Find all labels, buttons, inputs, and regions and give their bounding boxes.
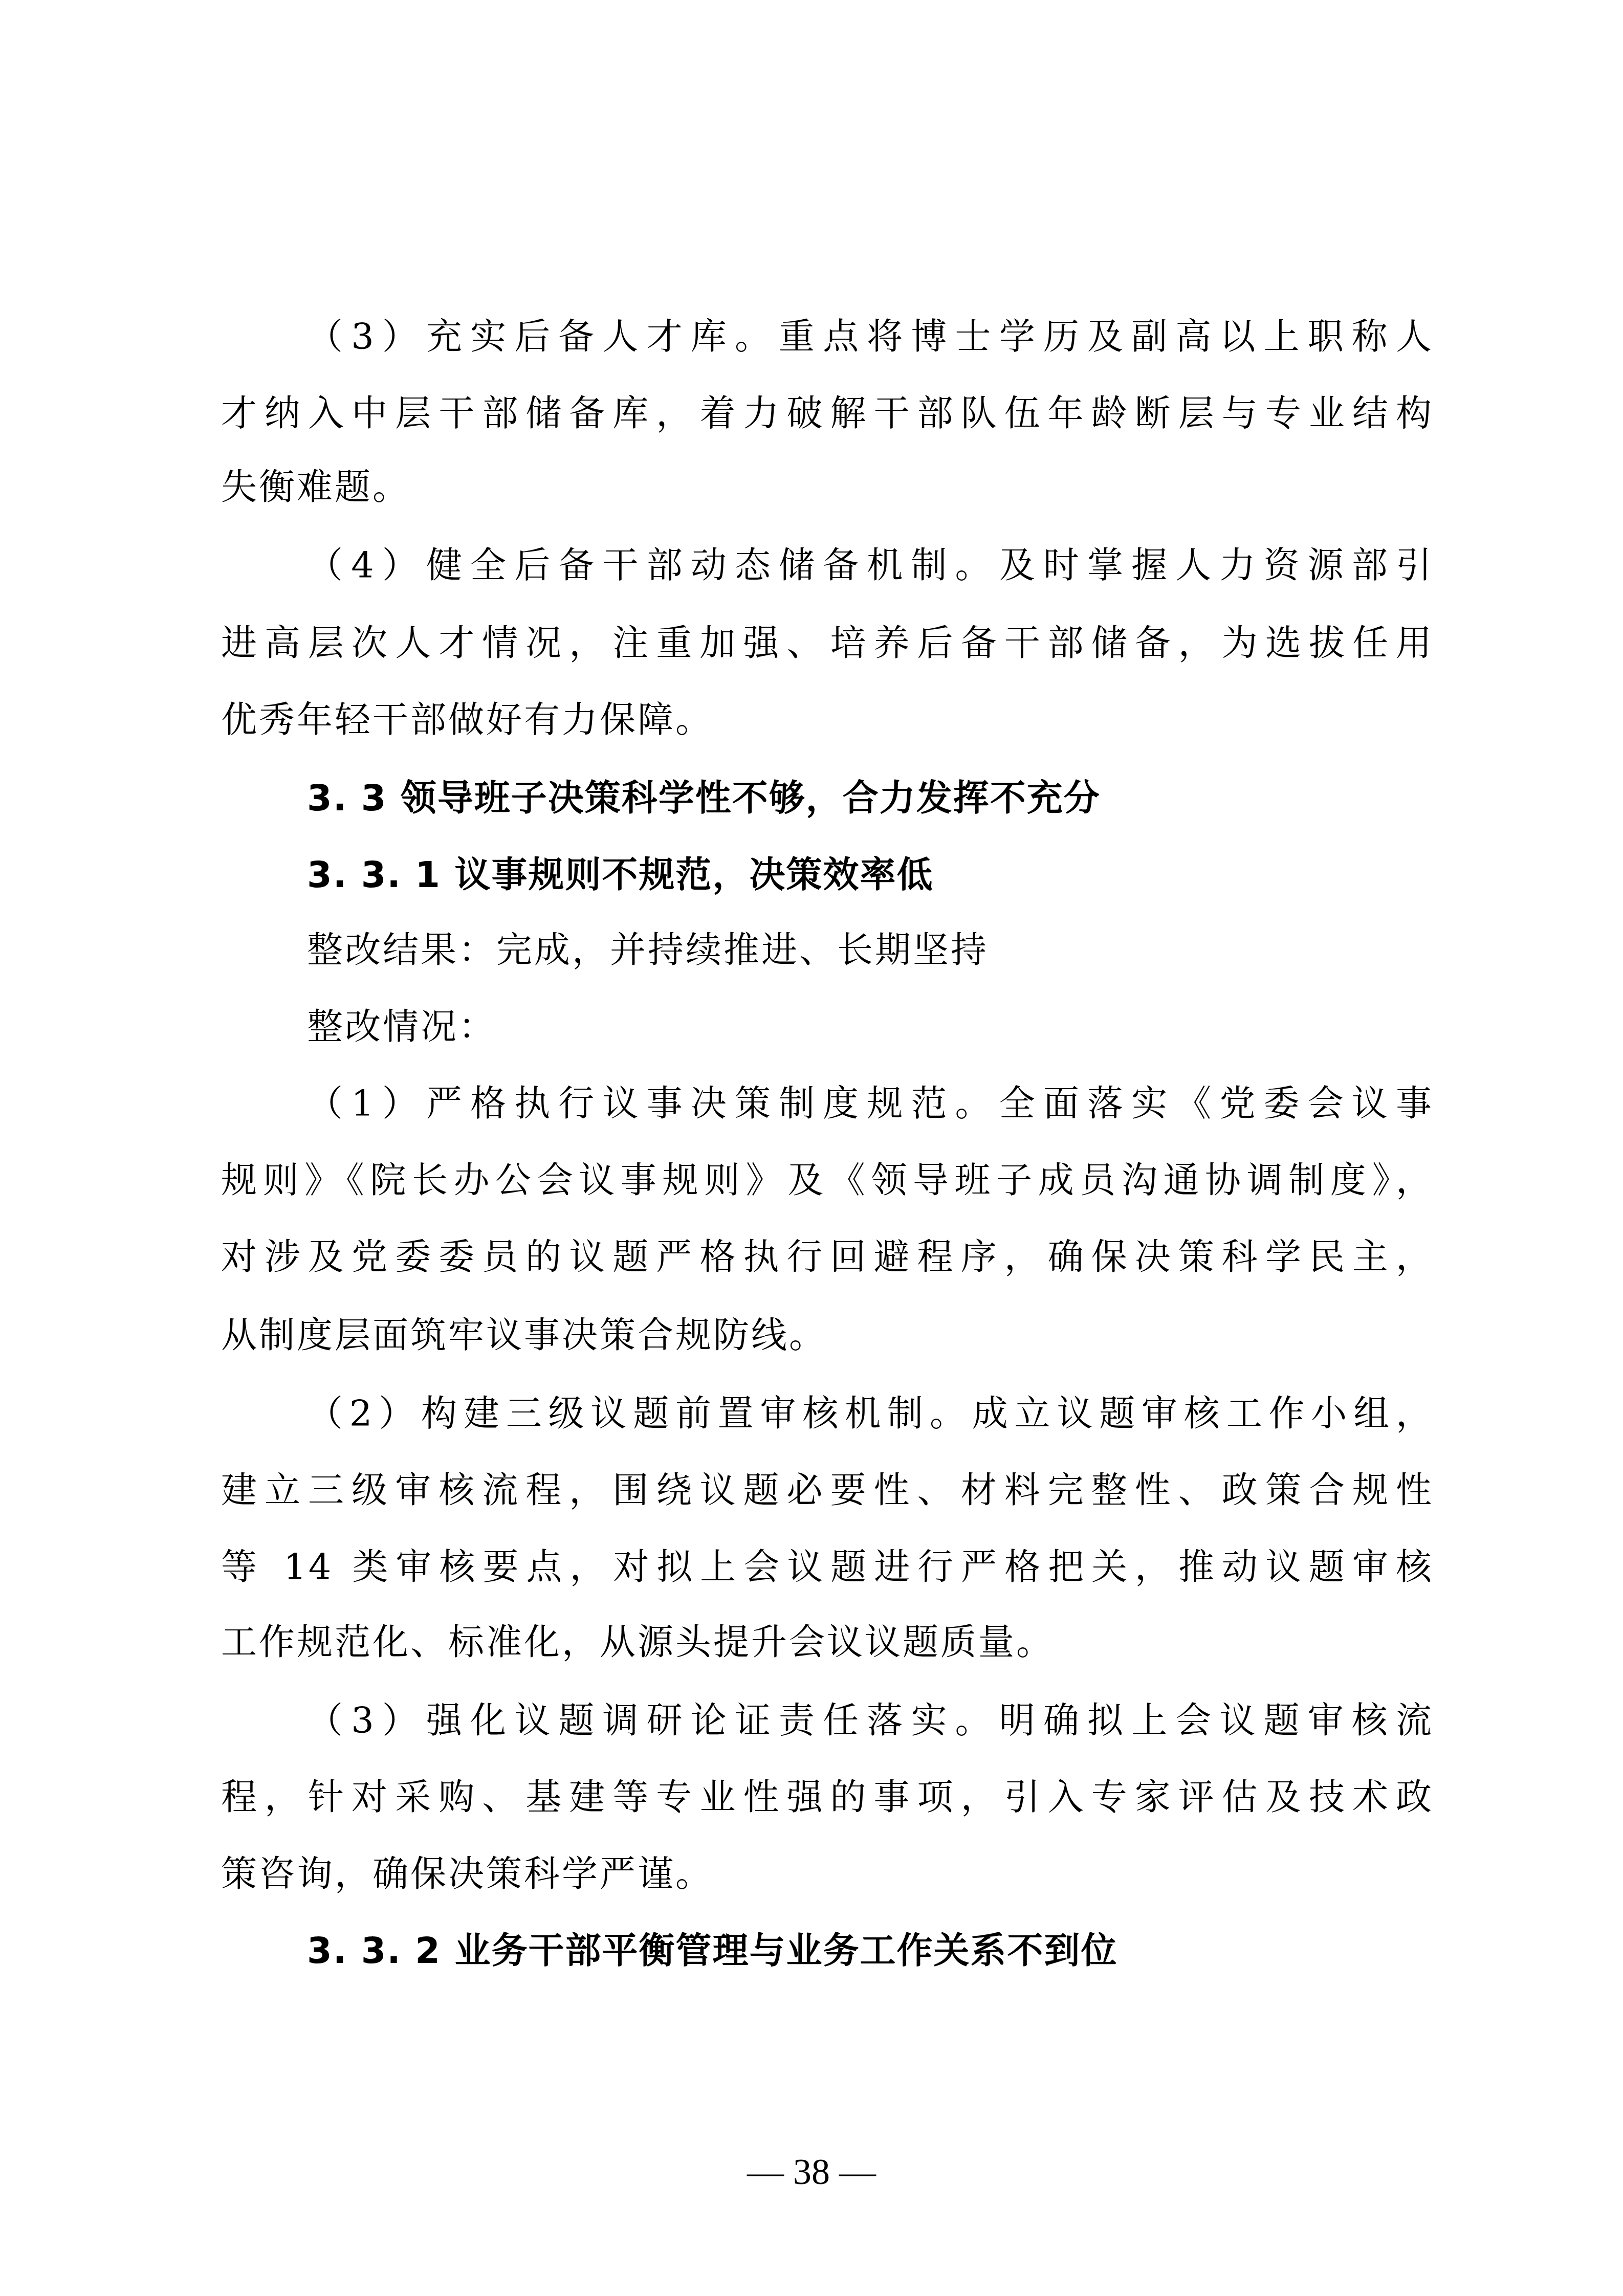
page-number: — 38 — [0, 2149, 1623, 2195]
paragraph-line: 从制度层面筑牢议事决策合规防线。 [221, 1297, 1434, 1374]
paragraph-line: 策咨询，确保决策科学严谨。 [221, 1836, 1434, 1912]
paragraph-line: 进高层次人才情况，注重加强、培养后备干部储备，为选拔任用 [221, 605, 1434, 681]
paragraph-line: （4）健全后备干部动态储备机制。及时掌握人力资源部引 [307, 527, 1434, 604]
section-heading-3-3: 3. 3 领导班子决策科学性不够，合力发挥不充分 [307, 760, 1434, 836]
paragraph-line: 工作规范化、标准化，从源头提升会议议题质量。 [221, 1604, 1434, 1681]
subsection-heading-3-3-2: 3. 3. 2 业务干部平衡管理与业务工作关系不到位 [307, 1912, 1434, 1989]
paragraph-line: 等 14 类审核要点，对拟上会议题进行严格把关，推动议题审核 [221, 1529, 1434, 1605]
paragraph-line: （3）强化议题调研论证责任落实。明确拟上会议题审核流 [307, 1682, 1434, 1759]
paragraph-line: （2）构建三级议题前置审核机制。成立议题审核工作小组， [307, 1375, 1434, 1452]
paragraph-line: 建立三级审核流程，围绕议题必要性、材料完整性、政策合规性 [221, 1452, 1434, 1529]
paragraph-line: （3）充实后备人才库。重点将博士学历及副高以上职称人 [307, 298, 1434, 375]
paragraph-line: 规则》《院长办公会议事规则》及《领导班子成员沟通协调制度》， [221, 1142, 1434, 1219]
subsection-heading-3-3-1: 3. 3. 1 议事规则不规范，决策效率低 [307, 836, 1434, 913]
paragraph-line: （1）严格执行议事决策制度规范。全面落实《党委会议事 [307, 1065, 1434, 1142]
rectification-status-label: 整改情况： [307, 988, 1434, 1065]
document-page: （3）充实后备人才库。重点将博士学历及副高以上职称人 才纳入中层干部储备库，着力… [0, 0, 1623, 2296]
paragraph-line: 失衡难题。 [221, 449, 1434, 525]
paragraph-line: 才纳入中层干部储备库，着力破解干部队伍年龄断层与专业结构 [221, 375, 1434, 452]
paragraph-line: 优秀年轻干部做好有力保障。 [221, 681, 1434, 758]
paragraph-line: 程，针对采购、基建等专业性强的事项，引入专家评估及技术政 [221, 1759, 1434, 1836]
paragraph-line: 对涉及党委委员的议题严格执行回避程序，确保决策科学民主， [221, 1219, 1434, 1295]
rectification-result: 整改结果：完成，并持续推进、长期坚持 [307, 912, 1434, 988]
